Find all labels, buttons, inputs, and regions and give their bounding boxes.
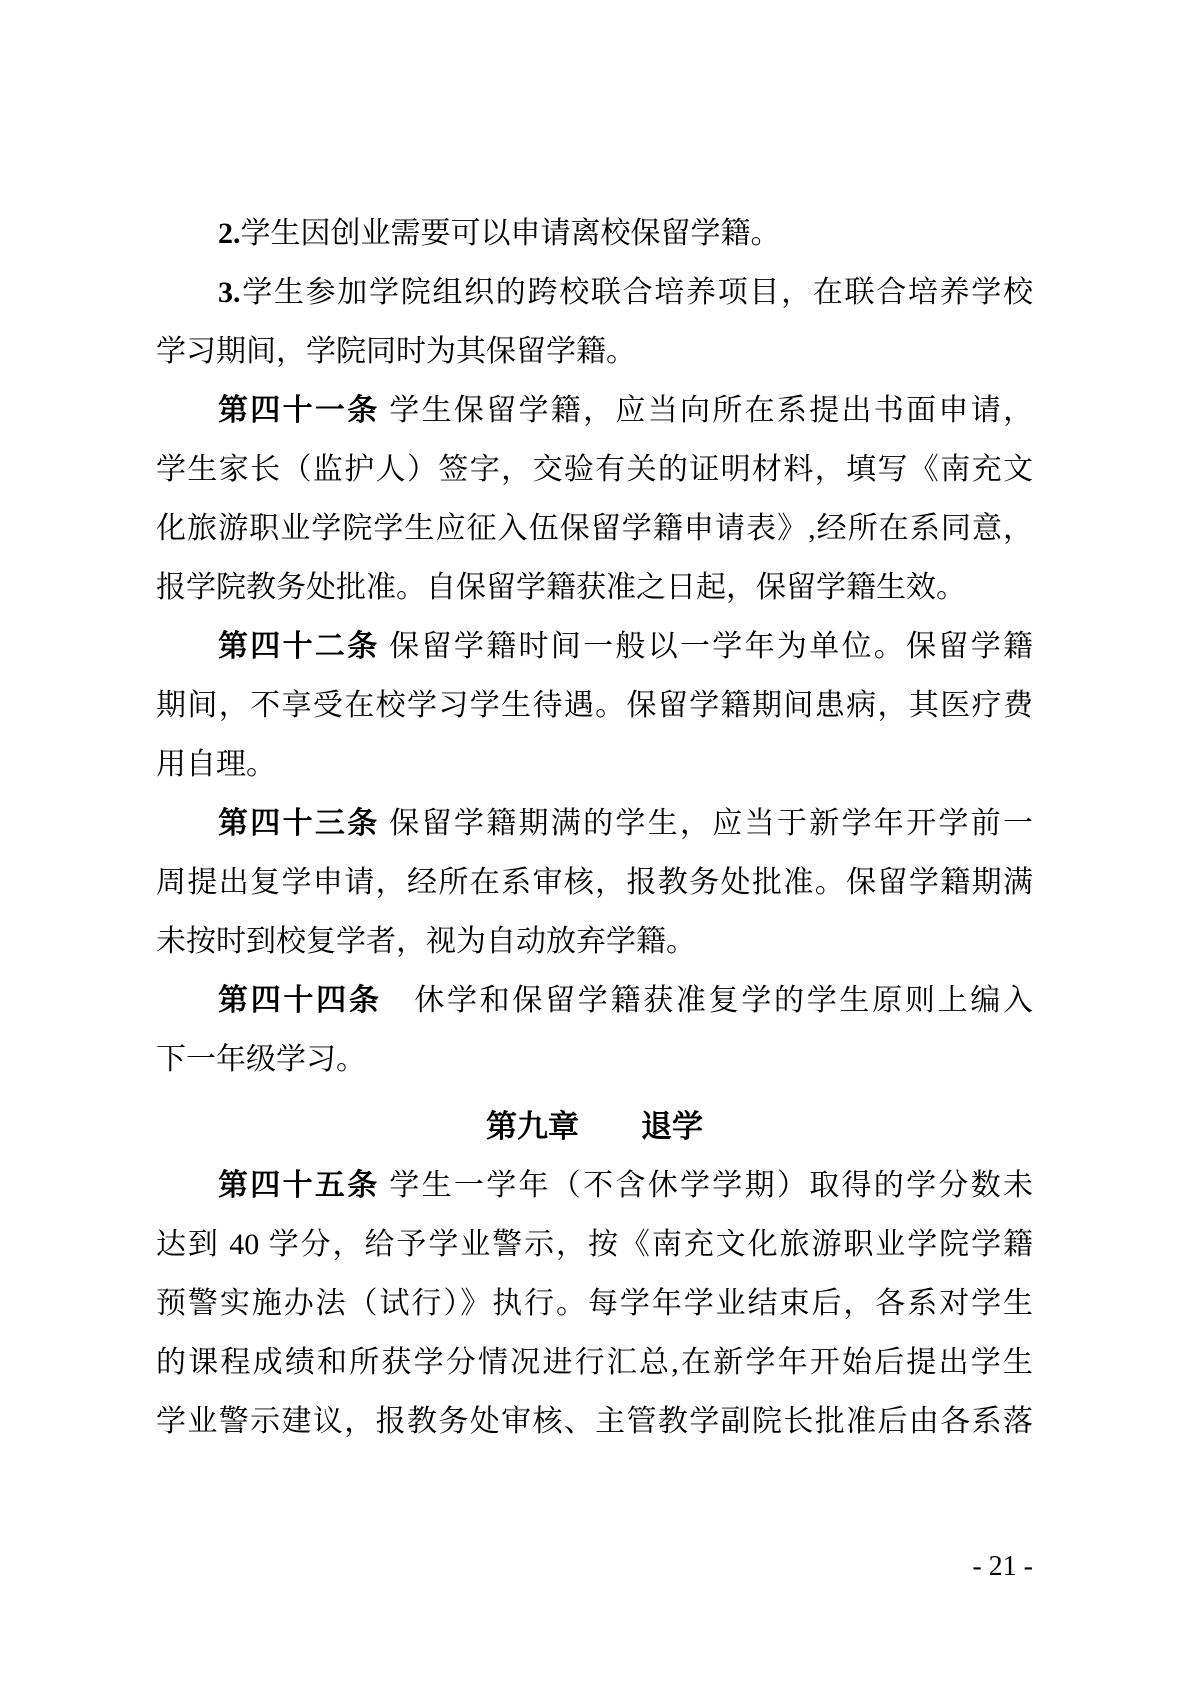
text-line: 学业警示建议，报教务处审核、主管教学副院长批准后由各系落	[156, 1392, 1033, 1451]
line-text: 报学院教务处批准。自保留学籍获准之日起，保留学籍生效。	[156, 571, 966, 604]
text-line: 学生家长（监护人）签字，交验有关的证明材料，填写《南充文	[156, 440, 1033, 499]
line-text: 未按时到校复学者，视为自动放弃学籍。	[156, 925, 696, 958]
line-text: 学生保留学籍，应当向所在系提出书面申请，	[380, 394, 1034, 427]
article-number: 第四十二条	[218, 630, 380, 663]
line-text: 学生因创业需要可以申请离校保留学籍。	[241, 217, 781, 250]
text-line: 第四十一条 学生保留学籍，应当向所在系提出书面申请，	[156, 381, 1033, 440]
line-text: 学习期间，学院同时为其保留学籍。	[156, 335, 636, 368]
list-number: 2.	[218, 217, 241, 250]
line-text: 保留学籍时间一般以一学年为单位。保留学籍	[380, 630, 1034, 663]
chapter-heading: 第九章 退学	[156, 1097, 1033, 1156]
article-number: 第四十一条	[218, 394, 380, 427]
list-number: 3.	[218, 276, 241, 309]
line-text: 第九章 退学	[486, 1109, 703, 1144]
text-line: 达到 40 学分，给予学业警示，按《南充文化旅游职业学院学籍	[156, 1215, 1033, 1274]
line-text: 周提出复学申请，经所在系审核，报教务处批准。保留学籍期满	[156, 866, 1033, 899]
line-text: 预警实施办法（试行）》执行。每学年学业结束后，各系对学生	[156, 1287, 1033, 1320]
text-line: 第四十二条 保留学籍时间一般以一学年为单位。保留学籍	[156, 617, 1033, 676]
text-line: 下一年级学习。	[156, 1030, 1033, 1089]
line-text: 学生一学年（不含休学学期）取得的学分数未	[380, 1169, 1034, 1202]
text-line: 预警实施办法（试行）》执行。每学年学业结束后，各系对学生	[156, 1274, 1033, 1333]
text-line: 的课程成绩和所获学分情况进行汇总,在新学年开始后提出学生	[156, 1333, 1033, 1392]
line-text: 休学和保留学籍获准复学的学生原则上编入	[382, 984, 1033, 1017]
document-page: 2.学生因创业需要可以申请离校保留学籍。3.学生参加学院组织的跨校联合培养项目，…	[0, 0, 1191, 1684]
text-line: 3.学生参加学院组织的跨校联合培养项目，在联合培养学校	[156, 263, 1033, 322]
article-number: 第四十三条	[218, 807, 380, 840]
line-text: 下一年级学习。	[156, 1043, 366, 1076]
text-line: 第四十四条 休学和保留学籍获准复学的学生原则上编入	[156, 971, 1033, 1030]
page-number: - 21 -	[972, 1549, 1033, 1585]
text-line: 报学院教务处批准。自保留学籍获准之日起，保留学籍生效。	[156, 558, 1033, 617]
article-number: 第四十五条	[218, 1169, 380, 1202]
text-line: 学习期间，学院同时为其保留学籍。	[156, 322, 1033, 381]
text-line: 化旅游职业学院学生应征入伍保留学籍申请表》,经所在系同意，	[156, 499, 1033, 558]
text-line: 用自理。	[156, 735, 1033, 794]
text-line: 未按时到校复学者，视为自动放弃学籍。	[156, 912, 1033, 971]
text-line: 第四十五条 学生一学年（不含休学学期）取得的学分数未	[156, 1156, 1033, 1215]
text-line: 周提出复学申请，经所在系审核，报教务处批准。保留学籍期满	[156, 853, 1033, 912]
line-text: 保留学籍期满的学生，应当于新学年开学前一	[380, 807, 1034, 840]
line-text: 学生参加学院组织的跨校联合培养项目，在联合培养学校	[241, 276, 1034, 309]
document-body: 2.学生因创业需要可以申请离校保留学籍。3.学生参加学院组织的跨校联合培养项目，…	[156, 204, 1033, 1451]
line-text: 的课程成绩和所获学分情况进行汇总,在新学年开始后提出学生	[156, 1346, 1033, 1379]
article-number: 第四十四条	[218, 984, 382, 1017]
line-text: 化旅游职业学院学生应征入伍保留学籍申请表》,经所在系同意，	[156, 512, 1033, 545]
line-text: 用自理。	[156, 748, 276, 781]
line-text: 期间，不享受在校学习学生待遇。保留学籍期间患病，其医疗费	[156, 689, 1033, 722]
text-line: 2.学生因创业需要可以申请离校保留学籍。	[156, 204, 1033, 263]
text-line: 第四十三条 保留学籍期满的学生，应当于新学年开学前一	[156, 794, 1033, 853]
line-text: 学生家长（监护人）签字，交验有关的证明材料，填写《南充文	[156, 453, 1033, 486]
line-text: 学业警示建议，报教务处审核、主管教学副院长批准后由各系落	[156, 1405, 1033, 1438]
line-text: 达到 40 学分，给予学业警示，按《南充文化旅游职业学院学籍	[156, 1228, 1033, 1261]
text-line: 期间，不享受在校学习学生待遇。保留学籍期间患病，其医疗费	[156, 676, 1033, 735]
